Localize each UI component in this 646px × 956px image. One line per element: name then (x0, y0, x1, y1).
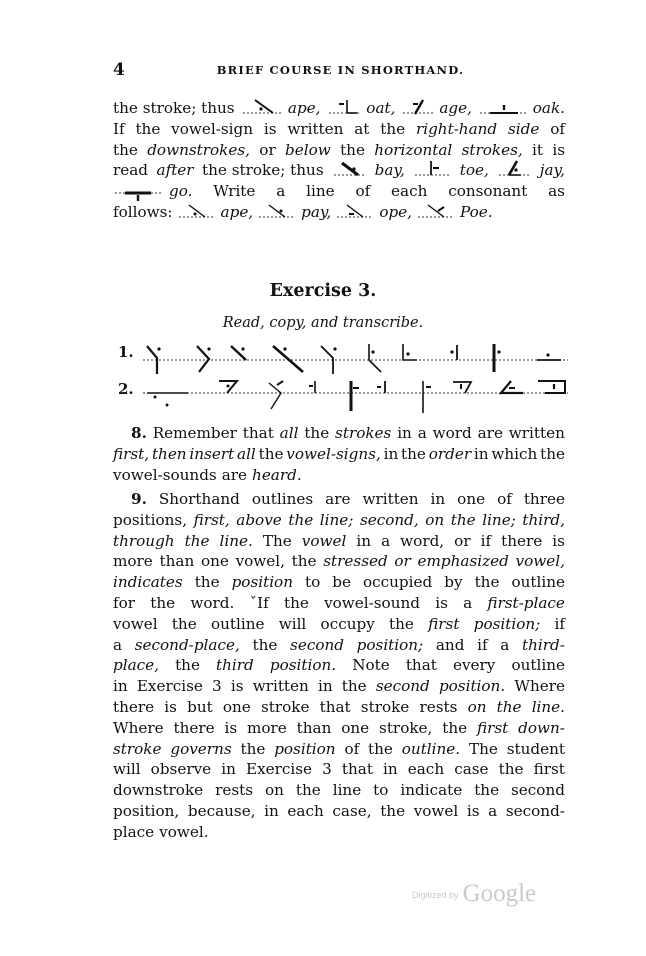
text-run: the (284, 593, 309, 614)
text-run: the (304, 423, 329, 444)
text-run: by (444, 572, 462, 593)
text-run: or (259, 140, 275, 161)
text-run: the (150, 593, 175, 614)
text-run: outline (211, 614, 265, 635)
text-run: the (113, 140, 138, 161)
text-run: third- (522, 635, 565, 656)
text-run: stroke (361, 697, 410, 718)
text-run: the (368, 739, 393, 760)
text-run: stroke (261, 697, 310, 718)
text-run: it (532, 140, 543, 161)
text-run: the (185, 531, 210, 552)
text-run: go. (169, 181, 192, 202)
text-run: read (113, 160, 148, 181)
text-run: than (160, 551, 195, 572)
go-group: go. (113, 181, 192, 202)
text-run: The (469, 739, 498, 760)
text-run: written (362, 489, 418, 510)
text-run: to (305, 572, 320, 593)
text-run: Note (352, 655, 390, 676)
text-run: rests (419, 697, 457, 718)
text-run: of (497, 489, 512, 510)
text-run: oat, (366, 98, 395, 119)
text-line: positions, first, above the line; second… (113, 510, 565, 531)
shorthand-pay-icon (257, 202, 297, 220)
text-run: heard. (252, 465, 302, 486)
text-run: written (509, 423, 565, 444)
text-run: vowel, (516, 551, 565, 572)
text-run: Shorthand (159, 489, 240, 510)
text-run: first (428, 614, 459, 635)
section-number: 8. (131, 423, 147, 444)
text-run: the (451, 510, 476, 531)
text-run: in (397, 423, 412, 444)
text-run: the (401, 444, 426, 465)
shorthand-age-icon (401, 98, 433, 116)
section-8: 8. Remember that all the strokes in a wo… (113, 423, 565, 485)
text-run: follows: (113, 202, 173, 223)
text-line: place vowel. (113, 822, 565, 843)
text-run: outlines (252, 489, 313, 510)
text-run: governs (170, 739, 231, 760)
text-line: a second-place, the second position; and… (113, 635, 565, 656)
text-run: position; (357, 635, 424, 656)
text-run: or (454, 531, 470, 552)
shorthand-go-icon (113, 183, 163, 201)
text-run: the (195, 572, 220, 593)
section-number: 9. (131, 489, 147, 510)
text-run: word, (400, 531, 444, 552)
text-run: second (511, 780, 565, 801)
text-run: the (292, 551, 317, 572)
text-run: position. (439, 676, 505, 697)
text-run: ope, (379, 202, 412, 223)
text-run: the (252, 635, 277, 656)
text-run: outline. (402, 739, 460, 760)
text-run: ˇIf (250, 593, 269, 614)
text-run: above (236, 510, 282, 531)
text-run: if (477, 635, 487, 656)
text-run: toe, (460, 160, 489, 181)
text-run: of (344, 739, 359, 760)
text-run: on (468, 697, 487, 718)
text-line: stroke governs the position of the outli… (113, 739, 565, 760)
text-run: third, (522, 510, 565, 531)
text-run: bay, (375, 160, 405, 181)
text-run: outline (511, 655, 565, 676)
text-run: 3 (212, 676, 222, 697)
text-run: is (467, 801, 480, 822)
text-run: a (381, 531, 390, 552)
text-run: down- (518, 718, 565, 739)
text-run: in (383, 759, 398, 780)
text-run: but (187, 697, 213, 718)
text-run: word (433, 423, 472, 444)
text-run: will (279, 614, 307, 635)
exercise-row-1: 1. (113, 340, 573, 380)
text-run: in (264, 801, 279, 822)
text-run: the (175, 655, 200, 676)
shorthand-ape-icon (177, 202, 217, 220)
text-run: rests (215, 780, 253, 801)
shorthand-bay-icon (332, 160, 366, 178)
text-run: or (394, 551, 410, 572)
text-run: the (475, 572, 500, 593)
text-line: more than one vowel, the stressed or emp… (113, 551, 565, 572)
text-run: line. (220, 531, 253, 552)
text-run: oak. (533, 98, 565, 119)
text-run: all (280, 423, 299, 444)
running-title: BRIEF COURSE IN SHORTHAND. (113, 63, 568, 77)
text-run: indicate (400, 780, 462, 801)
text-run: case, (332, 801, 371, 822)
text-run: is (435, 593, 448, 614)
text-run: third (216, 655, 254, 676)
text-run: first-place (487, 593, 565, 614)
shorthand-outlines-row-2 (113, 375, 573, 415)
text-line: in Exercise 3 is written in the second p… (113, 676, 565, 697)
text-run: each (408, 759, 444, 780)
text-run: then (152, 444, 187, 465)
text-line: follows: ape, pay, ope, Poe. (113, 202, 565, 223)
text-run: one (201, 551, 229, 572)
text-run: line; (320, 510, 354, 531)
text-run: the (499, 759, 524, 780)
text-line: the stroke; thus ape, oat, age, oak. (113, 98, 565, 119)
text-run: second-place, (135, 635, 240, 656)
text-run: vowel (113, 614, 158, 635)
text-run: that (243, 423, 274, 444)
text-run: a (113, 635, 122, 656)
text-run: three (524, 489, 565, 510)
text-run: line (306, 181, 334, 202)
exercise-subtitle: Read, copy, and transcribe. (0, 315, 646, 331)
text-run: are (325, 489, 350, 510)
page-header: 4 BRIEF COURSE IN SHORTHAND. (113, 60, 568, 82)
shorthand-oat-icon (327, 98, 361, 116)
text-run: pay, (301, 202, 331, 223)
text-run: written (253, 676, 309, 697)
text-run: more (247, 718, 287, 739)
text-run: the (240, 739, 265, 760)
text-run: case (454, 759, 488, 780)
text-run: the (497, 697, 522, 718)
text-line: the downstrokes, or below the horizontal… (113, 140, 565, 161)
text-run: the stroke; thus (113, 98, 235, 119)
text-run: for (113, 593, 135, 614)
text-run: downstrokes, (147, 140, 250, 161)
text-run: jay, (540, 160, 565, 181)
text-run: the (135, 119, 160, 140)
text-run: are (478, 423, 503, 444)
text-run: Poe. (460, 202, 493, 223)
text-line: read after the stroke; thus bay, toe, ja… (113, 160, 565, 181)
text-run: is (164, 697, 177, 718)
text-run: a (500, 635, 509, 656)
text-run: of (550, 119, 565, 140)
text-run: of (355, 181, 370, 202)
text-run: The (263, 531, 292, 552)
text-line: there is but one stroke that stroke rest… (113, 697, 565, 718)
text-run: a (488, 801, 497, 822)
text-run: there (113, 697, 154, 718)
text-run: Exercise (137, 676, 203, 697)
text-run: be (332, 572, 351, 593)
book-page: 4 BRIEF COURSE IN SHORTHAND. the stroke;… (0, 0, 646, 956)
text-run: If (113, 119, 125, 140)
text-run: all (237, 444, 256, 465)
text-run: on (265, 780, 284, 801)
text-line: Where there is more than one stroke, the… (113, 718, 565, 739)
text-run: in (356, 531, 371, 552)
text-run: vowel (414, 801, 459, 822)
text-line: If the vowel-sign is written at the righ… (113, 119, 565, 140)
text-run: position (232, 572, 293, 593)
text-run: position. (270, 655, 336, 676)
text-run: Where (514, 676, 565, 697)
text-run: is (552, 531, 565, 552)
text-run: that (342, 759, 373, 780)
text-run: Where (113, 718, 164, 739)
text-run: side (508, 119, 539, 140)
text-run: second, (360, 510, 419, 531)
text-run: vowel (302, 531, 347, 552)
text-run: is (224, 718, 237, 739)
digitized-watermark: Digitized by Google (412, 880, 536, 908)
watermark-prefix: Digitized by (412, 890, 459, 900)
text-run: the (474, 780, 499, 801)
text-run: in (384, 444, 399, 465)
text-run: at (354, 119, 369, 140)
text-run: in (113, 676, 128, 697)
text-run: that (406, 655, 437, 676)
text-line: position, because, in each case, the vow… (113, 801, 565, 822)
text-run: first, (113, 444, 149, 465)
text-run: observe (151, 759, 211, 780)
text-run: student (507, 739, 565, 760)
text-run: that (320, 697, 351, 718)
text-run: Write (213, 181, 255, 202)
text-run: vowel-sound (324, 593, 420, 614)
shorthand-oak-icon (478, 98, 527, 116)
text-run: a (418, 423, 427, 444)
exercise-row-2: 2. (113, 375, 573, 415)
google-logo: Google (463, 880, 537, 907)
text-run: the (259, 444, 284, 465)
text-run: right-hand (416, 119, 497, 140)
text-run: first (477, 718, 508, 739)
text-run: order (429, 444, 471, 465)
text-run: each (287, 801, 323, 822)
text-run: the (342, 676, 367, 697)
text-run: second (376, 676, 430, 697)
text-run: the (540, 444, 565, 465)
text-run: vowel-sounds (113, 465, 217, 486)
text-run: stroke, (379, 718, 432, 739)
text-run: as (548, 181, 565, 202)
text-line: downstroke rests on the line to indicate… (113, 780, 565, 801)
text-run: occupy (321, 614, 375, 635)
text-line: go. Write a line of each consonant as (113, 181, 565, 202)
text-run: the (296, 780, 321, 801)
text-line: through the line. The vowel in a word, o… (113, 531, 565, 552)
text-run: first, (194, 510, 230, 531)
text-run: horizontal (374, 140, 452, 161)
intro-paragraph: the stroke; thus ape, oat, age, oak. If … (113, 98, 565, 223)
shorthand-ope-icon (335, 202, 375, 220)
text-run: through (113, 531, 175, 552)
text-run: downstroke (113, 780, 203, 801)
exercise-title: Exercise 3. (0, 281, 646, 301)
text-run: more (113, 551, 153, 572)
text-run: will (113, 759, 141, 780)
text-run: if (555, 614, 565, 635)
text-run: is (264, 119, 277, 140)
text-run: vowel-sign (171, 119, 253, 140)
text-line: vowel-sounds are heard. (113, 465, 565, 486)
text-run: to (373, 780, 388, 801)
text-run: are (222, 465, 247, 486)
text-run: first (534, 759, 565, 780)
text-line: 8. Remember that all the strokes in a wo… (113, 423, 565, 444)
text-line: place, the third position. Note that eve… (113, 655, 565, 676)
text-run: line (333, 780, 361, 801)
text-run: word. (190, 593, 234, 614)
text-run: vowel-signs, (286, 444, 380, 465)
text-run: 3 (322, 759, 332, 780)
text-run: position, (113, 801, 179, 822)
shorthand-outlines-row-1 (113, 340, 573, 380)
text-run: the (389, 614, 414, 635)
text-run: in (431, 489, 446, 510)
text-line: vowel the outline will occupy the first … (113, 614, 565, 635)
text-run: consonant (448, 181, 527, 202)
text-run: because, (188, 801, 256, 822)
text-run: below (285, 140, 331, 161)
text-run: on (425, 510, 444, 531)
text-run: in (318, 676, 333, 697)
text-line: 9. Shorthand outlines are written in one… (113, 489, 565, 510)
text-run: in (221, 759, 236, 780)
text-run: Exercise (246, 759, 312, 780)
text-run: ape, (221, 202, 254, 223)
text-run: line; (482, 510, 516, 531)
text-run: one (223, 697, 251, 718)
shorthand-ape-icon (241, 98, 282, 116)
text-run: position (274, 739, 335, 760)
text-run: position; (474, 614, 541, 635)
text-run: indicates (113, 572, 183, 593)
text-run: if (481, 531, 491, 552)
text-run: the stroke; thus (202, 160, 324, 181)
text-run: second- (506, 801, 565, 822)
text-run: which (491, 444, 537, 465)
shorthand-poe-icon (416, 202, 456, 220)
text-run: second (290, 635, 344, 656)
text-run: positions, (113, 510, 187, 531)
shorthand-jay-icon (497, 160, 531, 178)
text-run: strokes (335, 423, 391, 444)
text-run: after (157, 160, 194, 181)
text-run: a (276, 181, 285, 202)
text-line: indicates the position to be occupied by… (113, 572, 565, 593)
text-run: the (172, 614, 197, 635)
text-run: place, (113, 655, 159, 676)
text-run: ape, (288, 98, 321, 119)
text-run: strokes, (462, 140, 523, 161)
text-run: written (287, 119, 343, 140)
text-run: the (380, 119, 405, 140)
text-run: occupied (363, 572, 432, 593)
text-run: place (113, 822, 154, 843)
text-run: emphasized (418, 551, 509, 572)
text-run: the (340, 140, 365, 161)
text-line: for the word. ˇIf the vowel-sound is a f… (113, 593, 565, 614)
text-run: is (552, 140, 565, 161)
text-line: will observe in Exercise 3 that in each … (113, 759, 565, 780)
text-run: a (463, 593, 472, 614)
text-run: one (457, 489, 485, 510)
text-run: the (288, 510, 313, 531)
text-line: first, then insert all the vowel-signs, … (113, 444, 565, 465)
text-run: in (474, 444, 489, 465)
text-run: stressed (323, 551, 387, 572)
text-run: stroke (113, 739, 162, 760)
section-9: 9. Shorthand outlines are written in one… (113, 489, 565, 843)
text-run: outline (511, 572, 565, 593)
text-run: there (174, 718, 215, 739)
text-run: than (297, 718, 332, 739)
text-run: vowel. (159, 822, 208, 843)
text-run: the (380, 801, 405, 822)
text-run: each (391, 181, 427, 202)
text-run: vowel, (236, 551, 285, 572)
text-run: one (341, 718, 369, 739)
shorthand-toe-icon (413, 160, 451, 178)
text-run: line. (532, 697, 565, 718)
text-run: the (442, 718, 467, 739)
text-run: every (453, 655, 495, 676)
text-run: and (436, 635, 465, 656)
text-run: there (501, 531, 542, 552)
text-run: age, (439, 98, 472, 119)
text-run: insert (189, 444, 234, 465)
text-run: is (231, 676, 244, 697)
text-run: Remember (153, 423, 237, 444)
